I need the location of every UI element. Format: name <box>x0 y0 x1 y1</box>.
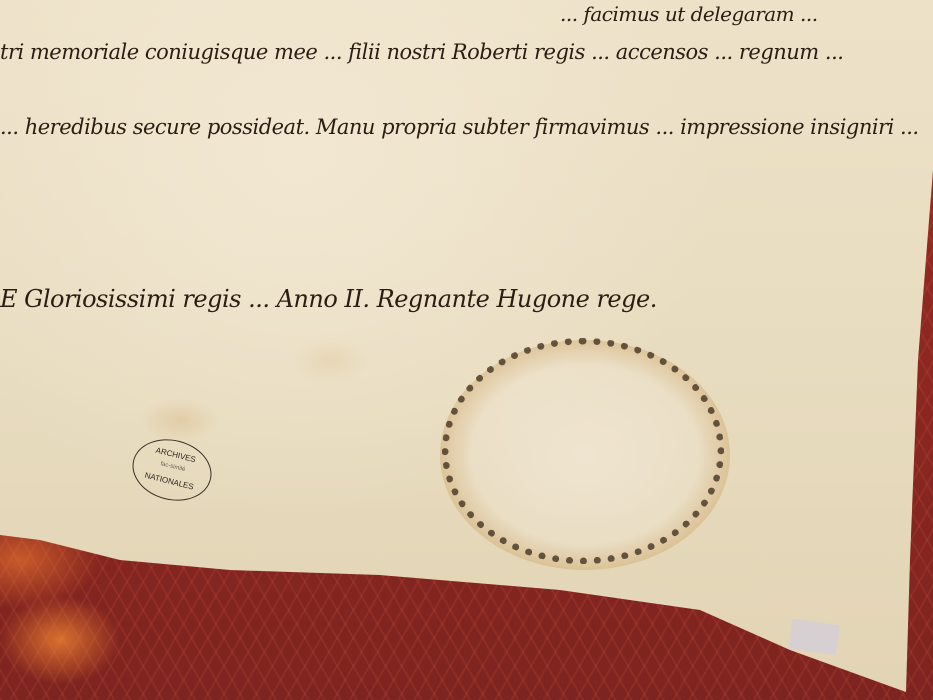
manuscript-line-3: ... heredibus secure possideat. Manu pro… <box>0 115 919 139</box>
seal-ring-inscription <box>442 338 724 564</box>
manuscript-line-2: tri memoriale coniugisque mee ... filii … <box>0 40 843 64</box>
manuscript-line-4: E Gloriosissimi regis ... Anno II. Regna… <box>0 285 657 313</box>
manuscript-line-1: ... facimus ut delegaram ... <box>560 2 818 26</box>
mounting-tape <box>788 619 840 655</box>
